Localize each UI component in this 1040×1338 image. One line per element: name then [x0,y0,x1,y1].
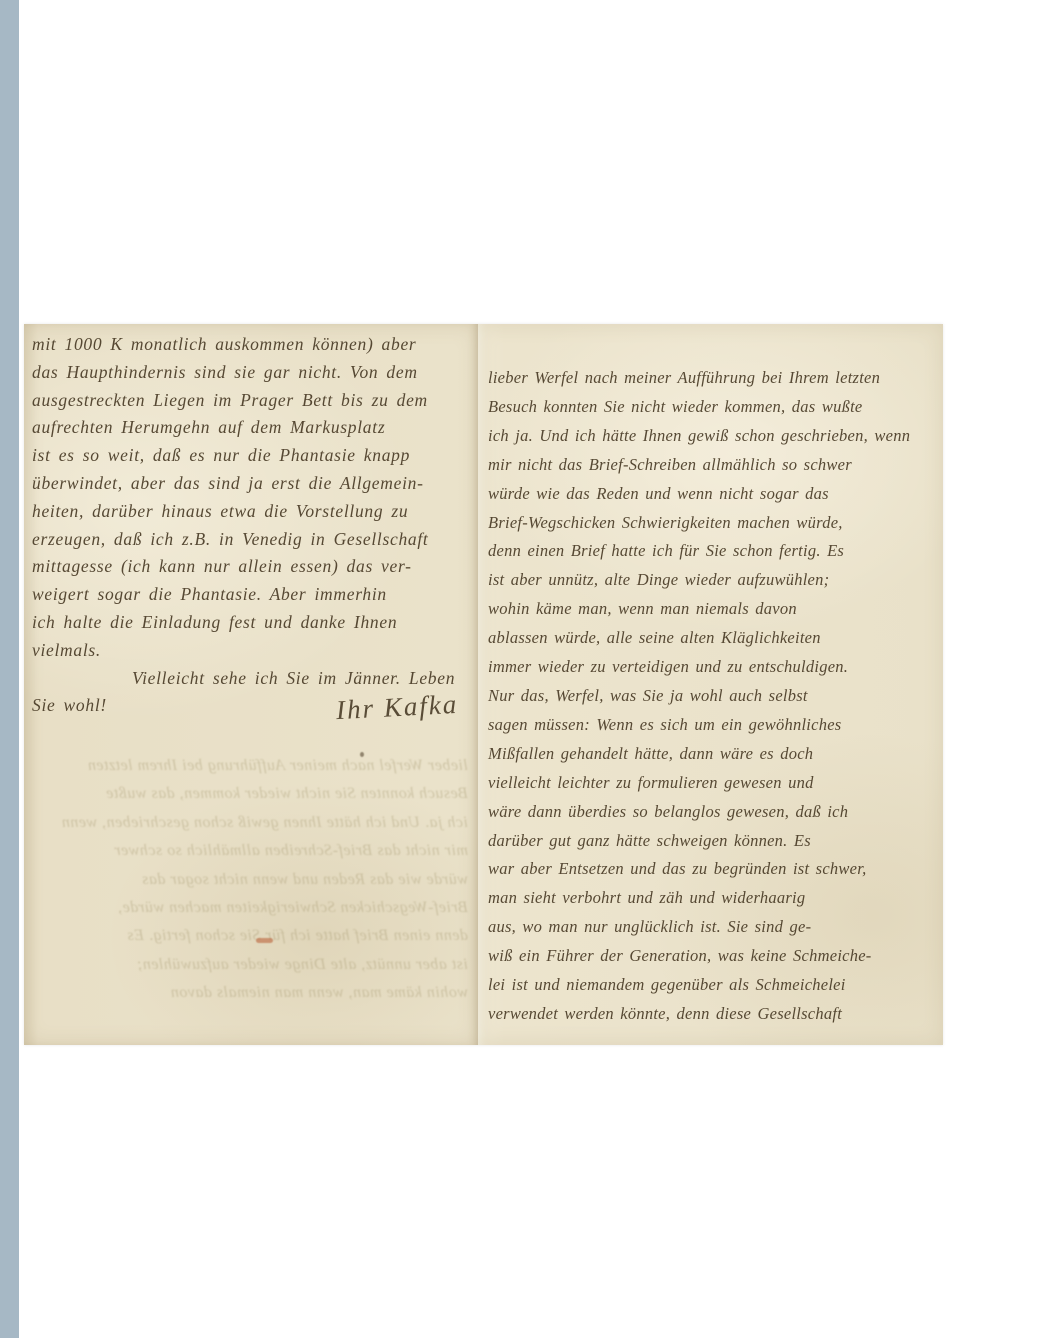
left-accent-bar [0,0,19,1338]
right-page-text: lieber Werfel nach meiner Aufführung bei… [488,364,940,1029]
handwritten-line: Nur das, Werfel, was Sie ja wohl auch se… [488,682,940,711]
handwritten-line: aufrechten Herumgehn auf dem Markusplatz [32,414,476,442]
handwritten-line: das Haupthindernis sind sie gar nicht. V… [32,359,476,387]
signature: Ihr Kafka [335,689,459,726]
bleedthrough-line: ist aber unnütz, alte Dinge wieder aufzu… [38,951,468,979]
bleedthrough-line: würde wie das Reden und wenn nicht sogar… [38,866,468,894]
left-page-text: mit 1000 K monatlich auskommen können) a… [32,331,476,720]
bleedthrough-line: wohin käme man, wenn man niemals davon [38,979,468,1007]
bleedthrough-line: Besuch konnten Sie nicht wieder kommen, … [38,780,468,808]
handwritten-line: erzeugen, daß ich z.B. in Venedig in Ges… [32,526,476,554]
foxing-spot [256,938,273,943]
handwritten-line: Besuch konnten Sie nicht wieder kommen, … [488,393,940,422]
scan-viewer: lieber Werfel nach meiner Aufführung bei… [0,0,1040,1338]
handwritten-line: lei ist und niemandem gegenüber als Schm… [488,971,940,1000]
bleedthrough-line: lieber Werfel nach meiner Aufführung bei… [38,752,468,780]
handwritten-line: verwendet werden könnte, denn diese Gese… [488,1000,940,1029]
handwritten-line: wohin käme man, wenn man niemals davon [488,595,940,624]
handwritten-line: vielmals. [32,637,476,665]
handwritten-line: Vielleicht sehe ich Sie im Jänner. Leben [132,665,476,693]
handwritten-line: man sieht verbohrt und zäh und widerhaar… [488,884,940,913]
handwritten-line: ausgestreckten Liegen im Prager Bett bis… [32,387,476,415]
handwritten-line: immer wieder zu verteidigen und zu entsc… [488,653,940,682]
handwritten-line: wäre dann überdies so belanglos gewesen,… [488,798,940,827]
handwritten-line: mir nicht das Brief-Schreiben allmählich… [488,451,940,480]
handwritten-line: ist es so weit, daß es nur die Phantasie… [32,442,476,470]
handwritten-line: mittagesse (ich kann nur allein essen) d… [32,553,476,581]
ink-bleedthrough: lieber Werfel nach meiner Aufführung bei… [38,752,468,1008]
handwritten-line: heiten, darüber hinaus etwa die Vorstell… [32,498,476,526]
letter-page-left: lieber Werfel nach meiner Aufführung bei… [24,324,478,1045]
handwritten-line: denn einen Brief hatte ich für Sie schon… [488,537,940,566]
handwritten-line: ist aber unnütz, alte Dinge wieder aufzu… [488,566,940,595]
handwritten-line: war aber Entsetzen und das zu begründen … [488,855,940,884]
letter-page-right: lieber Werfel nach meiner Aufführung bei… [478,324,943,1045]
bleedthrough-line: denn einen Brief hatte ich für Sie schon… [38,922,468,950]
bleedthrough-line: mir nicht das Brief-Schreiben allmählich… [38,837,468,865]
handwritten-line: sagen müssen: Wenn es sich um ein gewöhn… [488,711,940,740]
handwritten-line: lieber Werfel nach meiner Aufführung bei… [488,364,940,393]
bleedthrough-line: Brief-Wegschicken Schwierigkeiten machen… [38,894,468,922]
handwritten-line: aus, wo man nur unglücklich ist. Sie sin… [488,913,940,942]
handwritten-line: vielleicht leichter zu formulieren gewes… [488,769,940,798]
letter-photograph: lieber Werfel nach meiner Aufführung bei… [24,324,943,1045]
handwritten-line: weigert sogar die Phantasie. Aber immerh… [32,581,476,609]
handwritten-line: mit 1000 K monatlich auskommen können) a… [32,331,476,359]
handwritten-line: wiß ein Führer der Generation, was keine… [488,942,940,971]
handwritten-line: ich ja. Und ich hätte Ihnen gewiß schon … [488,422,940,451]
handwritten-line: würde wie das Reden und wenn nicht sogar… [488,480,940,509]
handwritten-line: darüber gut ganz hätte schweigen können.… [488,827,940,856]
handwritten-line: ich halte die Einladung fest und danke I… [32,609,476,637]
handwritten-line: ablassen würde, alle seine alten Kläglic… [488,624,940,653]
ink-speck [360,752,364,757]
handwritten-line: Brief-Wegschicken Schwierigkeiten machen… [488,509,940,538]
handwritten-line: Mißfallen gehandelt hätte, dann wäre es … [488,740,940,769]
handwritten-line: überwindet, aber das sind ja erst die Al… [32,470,476,498]
bleedthrough-line: ich ja. Und ich hätte Ihnen gewiß schon … [38,809,468,837]
